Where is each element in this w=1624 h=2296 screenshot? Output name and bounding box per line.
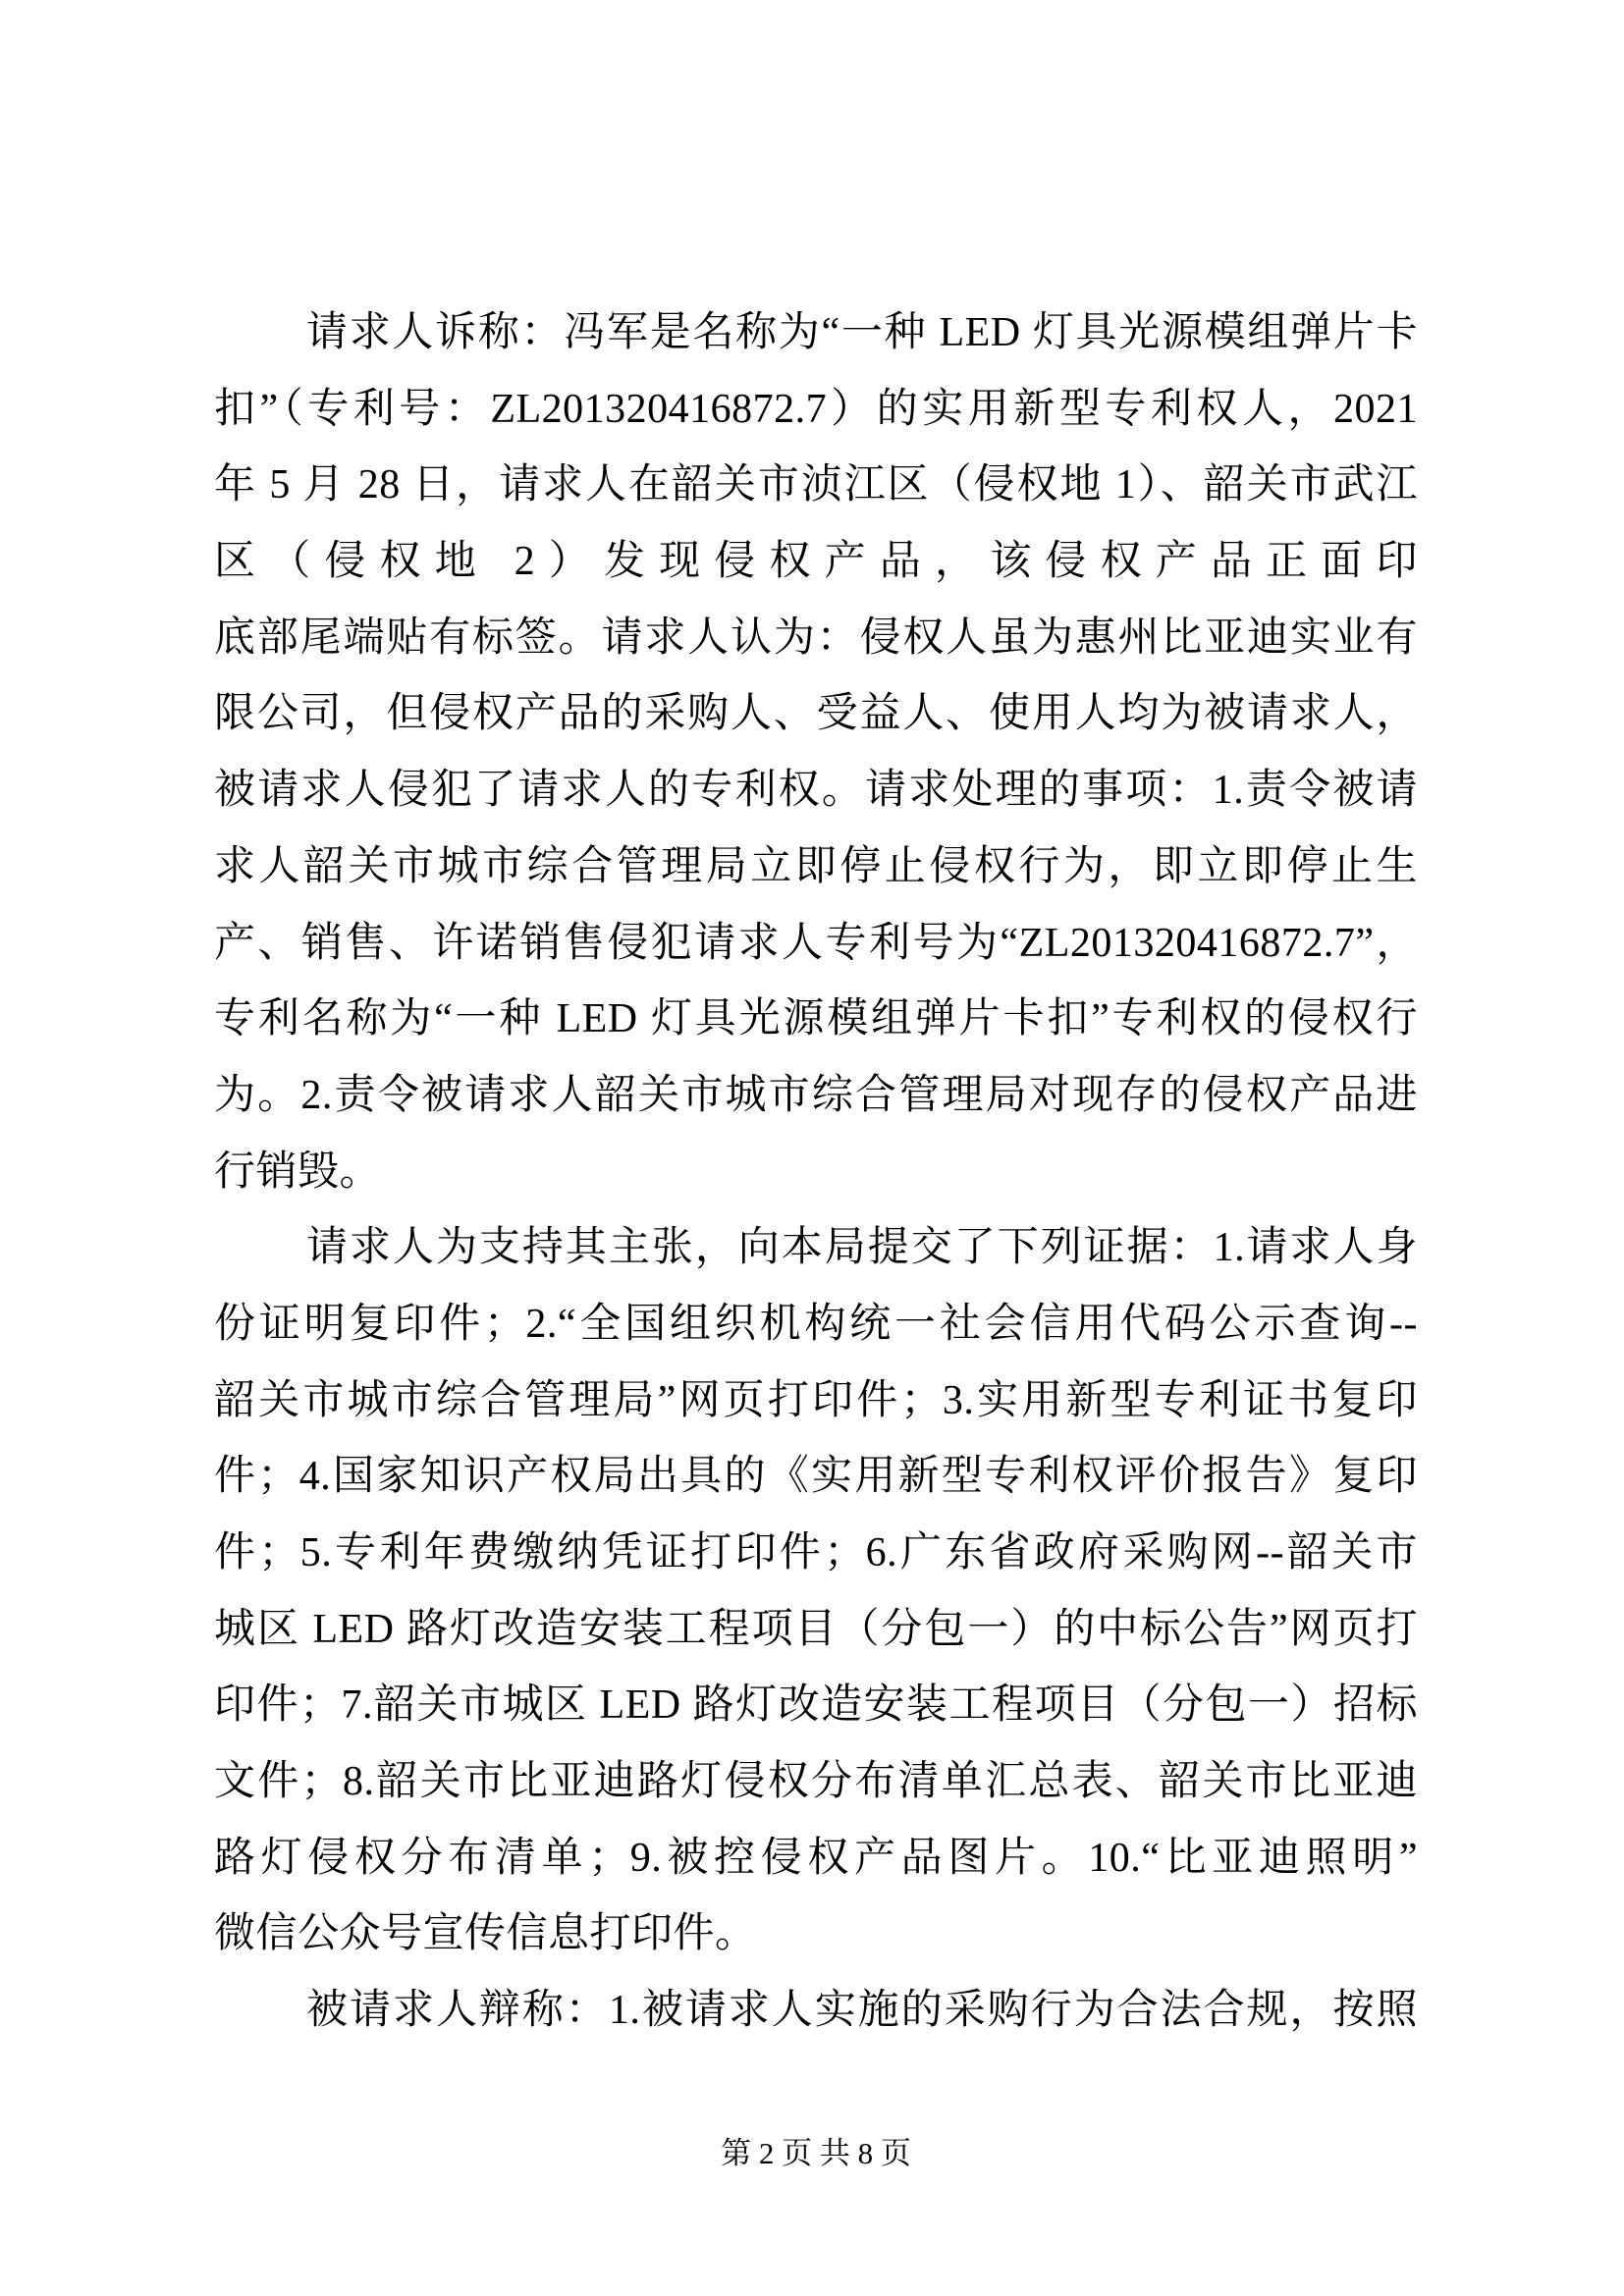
text-line: 专利名称为“一种 LED 灯具光源模组弹片卡扣”专利权的侵权行 <box>214 982 1418 1058</box>
text-line: 件；5.专利年费缴纳凭证打印件；6.广东省政府采购网--韶关市 <box>214 1516 1418 1592</box>
text-line: 底部尾端贴有标签。请求人认为：侵权人虽为惠州比亚迪实业有 <box>214 601 1418 677</box>
text-line: 被请求人辩称：1.被请求人实施的采购行为合法合规，按照 <box>214 1973 1418 2050</box>
text-line: 年 5 月 28 日，请求人在韶关市浈江区（侵权地 1）、韶关市武江 <box>214 448 1418 524</box>
text-line: 产、销售、许诺销售侵犯请求人专利号为“ZL201320416872.7”， <box>214 906 1418 983</box>
text-line: 为。2.责令被请求人韶关市城市综合管理局对现存的侵权产品进 <box>214 1058 1418 1135</box>
text-line: 城区 LED 路灯改造安装工程项目（分包一）的中标公告”网页打 <box>214 1592 1418 1669</box>
text-line: 件；4.国家知识产权局出具的《实用新型专利权评价报告》复印 <box>214 1439 1418 1516</box>
text-line: 限公司，但侵权产品的采购人、受益人、使用人均为被请求人， <box>214 676 1418 753</box>
text-line: 文件；8.韶关市比亚迪路灯侵权分布清单汇总表、韶关市比亚迪 <box>214 1744 1418 1821</box>
text-line: 区（侵权地 2）发现侵权产品，该侵权产品正面印有“BYD”LOGO， <box>214 524 1418 601</box>
page-number: 第 2 页 共 8 页 <box>214 2132 1418 2175</box>
text-line: 韶关市城市综合管理局”网页打印件；3.实用新型专利证书复印 <box>214 1363 1418 1440</box>
document-page: 请求人诉称：冯军是名称为“一种 LED 灯具光源模组弹片卡扣”（专利号：ZL20… <box>0 0 1624 2296</box>
paragraph: 被请求人辩称：1.被请求人实施的采购行为合法合规，按照 <box>214 1973 1418 2050</box>
paragraph: 请求人诉称：冯军是名称为“一种 LED 灯具光源模组弹片卡扣”（专利号：ZL20… <box>214 295 1418 1210</box>
text-line: 份证明复印件；2.“全国组织机构统一社会信用代码公示查询-- <box>214 1287 1418 1363</box>
paragraph: 请求人为支持其主张，向本局提交了下列证据：1.请求人身份证明复印件；2.“全国组… <box>214 1210 1418 1973</box>
text-line: 被请求人侵犯了请求人的专利权。请求处理的事项：1.责令被请 <box>214 753 1418 829</box>
text-line: 行销毁。 <box>214 1135 1418 1211</box>
text-line: 微信公众号宣传信息打印件。 <box>214 1896 1418 1973</box>
text-line: 印件；7.韶关市城区 LED 路灯改造安装工程项目（分包一）招标 <box>214 1668 1418 1744</box>
text-line: 求人韶关市城市综合管理局立即停止侵权行为，即立即停止生 <box>214 829 1418 906</box>
text-line: 扣”（专利号：ZL201320416872.7）的实用新型专利权人，2021 <box>214 372 1418 449</box>
text-line: 路灯侵权分布清单；9.被控侵权产品图片。10.“比亚迪照明” <box>214 1821 1418 1897</box>
text-line: 请求人诉称：冯军是名称为“一种 LED 灯具光源模组弹片卡 <box>214 295 1418 372</box>
document-body: 请求人诉称：冯军是名称为“一种 LED 灯具光源模组弹片卡扣”（专利号：ZL20… <box>214 295 1418 2050</box>
text-line: 请求人为支持其主张，向本局提交了下列证据：1.请求人身 <box>214 1210 1418 1287</box>
